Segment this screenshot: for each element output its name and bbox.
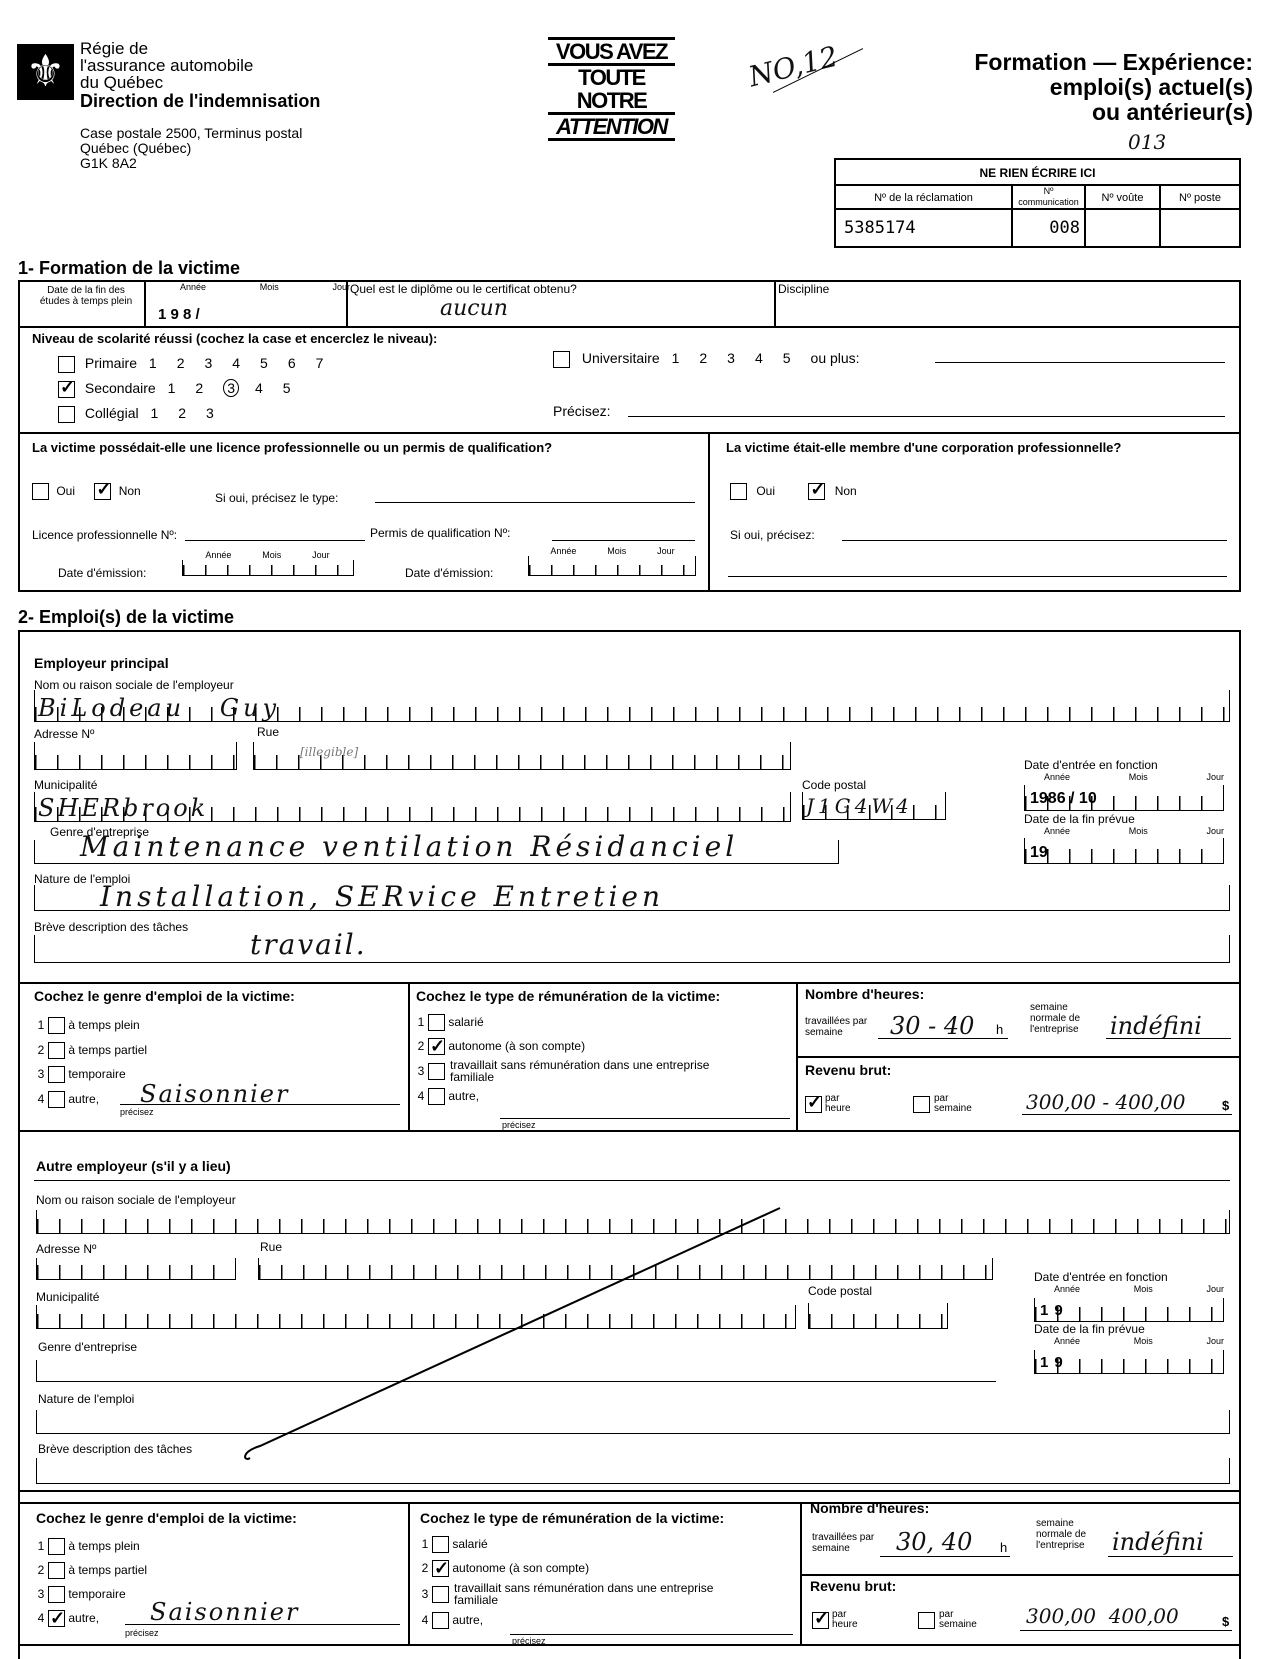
attention-stamp: VOUS AVEZ TOUTE NOTRE ATTENTION [548, 37, 675, 141]
office-use-box: NE RIEN ÉCRIRE ICI Nº de la réclamation … [834, 158, 1241, 248]
principal-city-value: SHERbrook [38, 794, 208, 822]
principal-other-checkbox[interactable] [48, 1091, 65, 1108]
other-pay-other-field[interactable] [510, 1634, 793, 1635]
permit-issue-date-field[interactable] [528, 556, 696, 576]
principal-address-value: [illegible] [300, 745, 358, 759]
principal-temporary-checkbox[interactable] [48, 1066, 65, 1083]
other-full-time-checkbox[interactable] [48, 1538, 65, 1555]
office-box-title: NE RIEN ÉCRIRE ICI [836, 160, 1239, 186]
other-employer-heading: Autre employeur (s'il y a lieu) [36, 1158, 231, 1174]
principal-business-type-value: Maintenance ventilation Résidanciel [80, 830, 738, 863]
crossout-stroke [240, 1200, 800, 1470]
principal-pay-other-field[interactable] [500, 1118, 790, 1119]
principal-job-types: 1 à temps plein 2 à temps partiel 3 temp… [34, 1013, 147, 1111]
corp-precisez-field-2[interactable] [728, 576, 1227, 577]
license-issue-date-field[interactable] [182, 560, 354, 576]
permit-no-label: Permis de qualification Nº: [370, 526, 510, 540]
col-communication: Nº communication [1013, 186, 1086, 208]
principal-hours-value: 30 - 40 [890, 1012, 974, 1040]
other-hours-field[interactable] [880, 1556, 1010, 1557]
principal-part-time-checkbox[interactable] [48, 1042, 65, 1059]
end-studies-label: Date de la fin des études à temps plein [36, 285, 136, 307]
license-issue-date-label: Date d'émission: [58, 566, 146, 580]
principal-job-other-value: Saisonnier [140, 1080, 289, 1108]
principal-normal-week-value: indéfini [1110, 1012, 1202, 1040]
reclamation-number: 5385174 [836, 210, 1013, 246]
principal-postal-value: J1G4W4 [806, 794, 913, 818]
logo: ⚜ [17, 44, 74, 100]
section2-title: 2- Emploi(s) de la victime [18, 607, 234, 628]
principal-name-value: BiLodeau Guy [38, 694, 280, 722]
other-salaried-checkbox[interactable] [432, 1536, 449, 1553]
principal-self-employed-checkbox[interactable] [428, 1038, 445, 1055]
primaire-checkbox[interactable] [58, 356, 75, 373]
corp-precisez-field[interactable] [842, 540, 1227, 541]
level-primaire: Primaire 1234567 [58, 355, 343, 373]
other-job-other-value: Saisonnier [150, 1598, 299, 1626]
org-line2: l'assurance automobile [80, 57, 320, 74]
other-normal-week-field[interactable] [1108, 1556, 1233, 1557]
other-pay-other-checkbox[interactable] [432, 1612, 449, 1629]
university-other-field[interactable] [935, 362, 1225, 363]
principal-per-hour-checkbox[interactable] [805, 1096, 822, 1113]
col-poste: Nº poste [1161, 186, 1239, 208]
section1-title: 1- Formation de la victime [18, 258, 240, 279]
principal-end-date-value: 19 [1030, 844, 1048, 862]
other-address-no-field[interactable] [36, 1258, 236, 1280]
circled-level: 3 [223, 379, 239, 397]
license-no-field[interactable] [185, 540, 365, 541]
other-per-week-checkbox[interactable] [918, 1612, 935, 1629]
other-part-time-checkbox[interactable] [48, 1562, 65, 1579]
other-income-field[interactable] [1020, 1630, 1232, 1631]
end-studies-date[interactable]: 1 9 8 / [158, 306, 200, 323]
voute-number [1086, 210, 1161, 246]
permit-no-field[interactable] [552, 540, 695, 541]
other-income-value: 300,00 400,00 [1026, 1604, 1179, 1628]
col-voute: Nº voûte [1086, 186, 1161, 208]
address-line2: Québec (Québec) [80, 141, 320, 156]
other-start-date-value: 19 [1040, 1302, 1069, 1319]
org-line1: Régie de [80, 40, 320, 57]
other-normal-week-value: indéfini [1112, 1528, 1204, 1556]
other-family-unpaid-checkbox[interactable] [432, 1586, 449, 1603]
principal-job-nature-value: Installation, SERvice Entretien [100, 880, 664, 913]
other-job-types: 1 à temps plein 2 à temps partiel 3 temp… [34, 1534, 147, 1630]
other-postal-field[interactable] [808, 1303, 948, 1329]
diploma-field[interactable]: aucun [440, 296, 508, 321]
secondaire-checkbox[interactable] [58, 381, 75, 398]
other-other-checkbox[interactable] [48, 1610, 65, 1627]
license-oui-checkbox[interactable] [32, 483, 49, 500]
fleur-de-lis-icon: ⚜ [26, 47, 65, 96]
address-line1: Case postale 2500, Terminus postal [80, 126, 320, 141]
principal-tasks-value: travail. [250, 928, 367, 961]
corporation-question: La victime était-elle membre d'une corpo… [726, 440, 1121, 455]
other-self-employed-checkbox[interactable] [432, 1560, 449, 1577]
other-end-date-value: 19 [1040, 1354, 1069, 1371]
principal-start-date-value: 1986 / 10 [1030, 790, 1097, 808]
principal-family-unpaid-checkbox[interactable] [428, 1063, 445, 1080]
license-question: La victime possédait-elle une licence pr… [32, 440, 552, 455]
license-no-label: Licence professionnelle Nº: [32, 528, 177, 542]
discipline-label: Discipline [778, 282, 829, 296]
principal-pay-types: 1 salarié 2 autonome (à son compte) 3tra… [414, 1010, 730, 1108]
diploma-label: Quel est le diplôme ou le certificat obt… [350, 282, 577, 296]
license-non-checkbox[interactable] [94, 483, 111, 500]
permit-issue-date-label: Date d'émission: [405, 566, 493, 580]
level-universitaire: Universitaire 12345ou plus: [553, 350, 860, 368]
page-title: Formation — Expérience: emploi(s) actuel… [974, 50, 1253, 125]
principal-per-week-checkbox[interactable] [913, 1096, 930, 1113]
principal-tasks-field[interactable] [34, 935, 1230, 963]
department: Direction de l'indemnisation [80, 93, 320, 110]
principal-end-date-field[interactable] [1024, 838, 1224, 864]
other-hours-value: 30, 40 [896, 1528, 972, 1556]
precisez-label: Précisez: [553, 403, 611, 419]
other-pay-types: 1 salarié 2 autonome (à son compte) 3tra… [418, 1532, 734, 1632]
collegial-checkbox[interactable] [58, 406, 75, 423]
principal-full-time-checkbox[interactable] [48, 1017, 65, 1034]
level-collegial: Collégial 123 [58, 405, 234, 423]
principal-income-value: 300,00 - 400,00 [1026, 1090, 1185, 1114]
principal-heading: Employeur principal [34, 655, 169, 671]
handwritten-page: 013 [1128, 130, 1166, 154]
corp-oui-checkbox[interactable] [730, 483, 747, 500]
communication-number: 008 [1013, 210, 1086, 246]
org-block: Régie de l'assurance automobile du Québe… [80, 40, 320, 171]
schooling-label: Niveau de scolarité réussi (cochez la ca… [32, 331, 437, 346]
principal-address-no-field[interactable] [34, 742, 237, 770]
org-line3: du Québec [80, 74, 320, 91]
principal-salaried-checkbox[interactable] [428, 1014, 445, 1031]
other-temporary-checkbox[interactable] [48, 1586, 65, 1603]
corp-precisez-label: Si oui, précisez: [730, 528, 815, 542]
poste-number [1161, 210, 1239, 246]
level-secondaire: Secondaire 12345 [58, 380, 311, 398]
corp-non-checkbox[interactable] [808, 483, 825, 500]
address-line3: G1K 8A2 [80, 156, 320, 171]
universitaire-checkbox[interactable] [553, 351, 570, 368]
license-type-label: Si oui, précisez le type: [215, 491, 338, 505]
principal-income-field[interactable] [1022, 1114, 1232, 1115]
principal-pay-other-checkbox[interactable] [428, 1088, 445, 1105]
license-type-field[interactable] [375, 502, 695, 503]
precisez-field[interactable] [628, 416, 1225, 417]
other-per-hour-checkbox[interactable] [812, 1612, 829, 1629]
col-reclamation: Nº de la réclamation [836, 186, 1013, 208]
